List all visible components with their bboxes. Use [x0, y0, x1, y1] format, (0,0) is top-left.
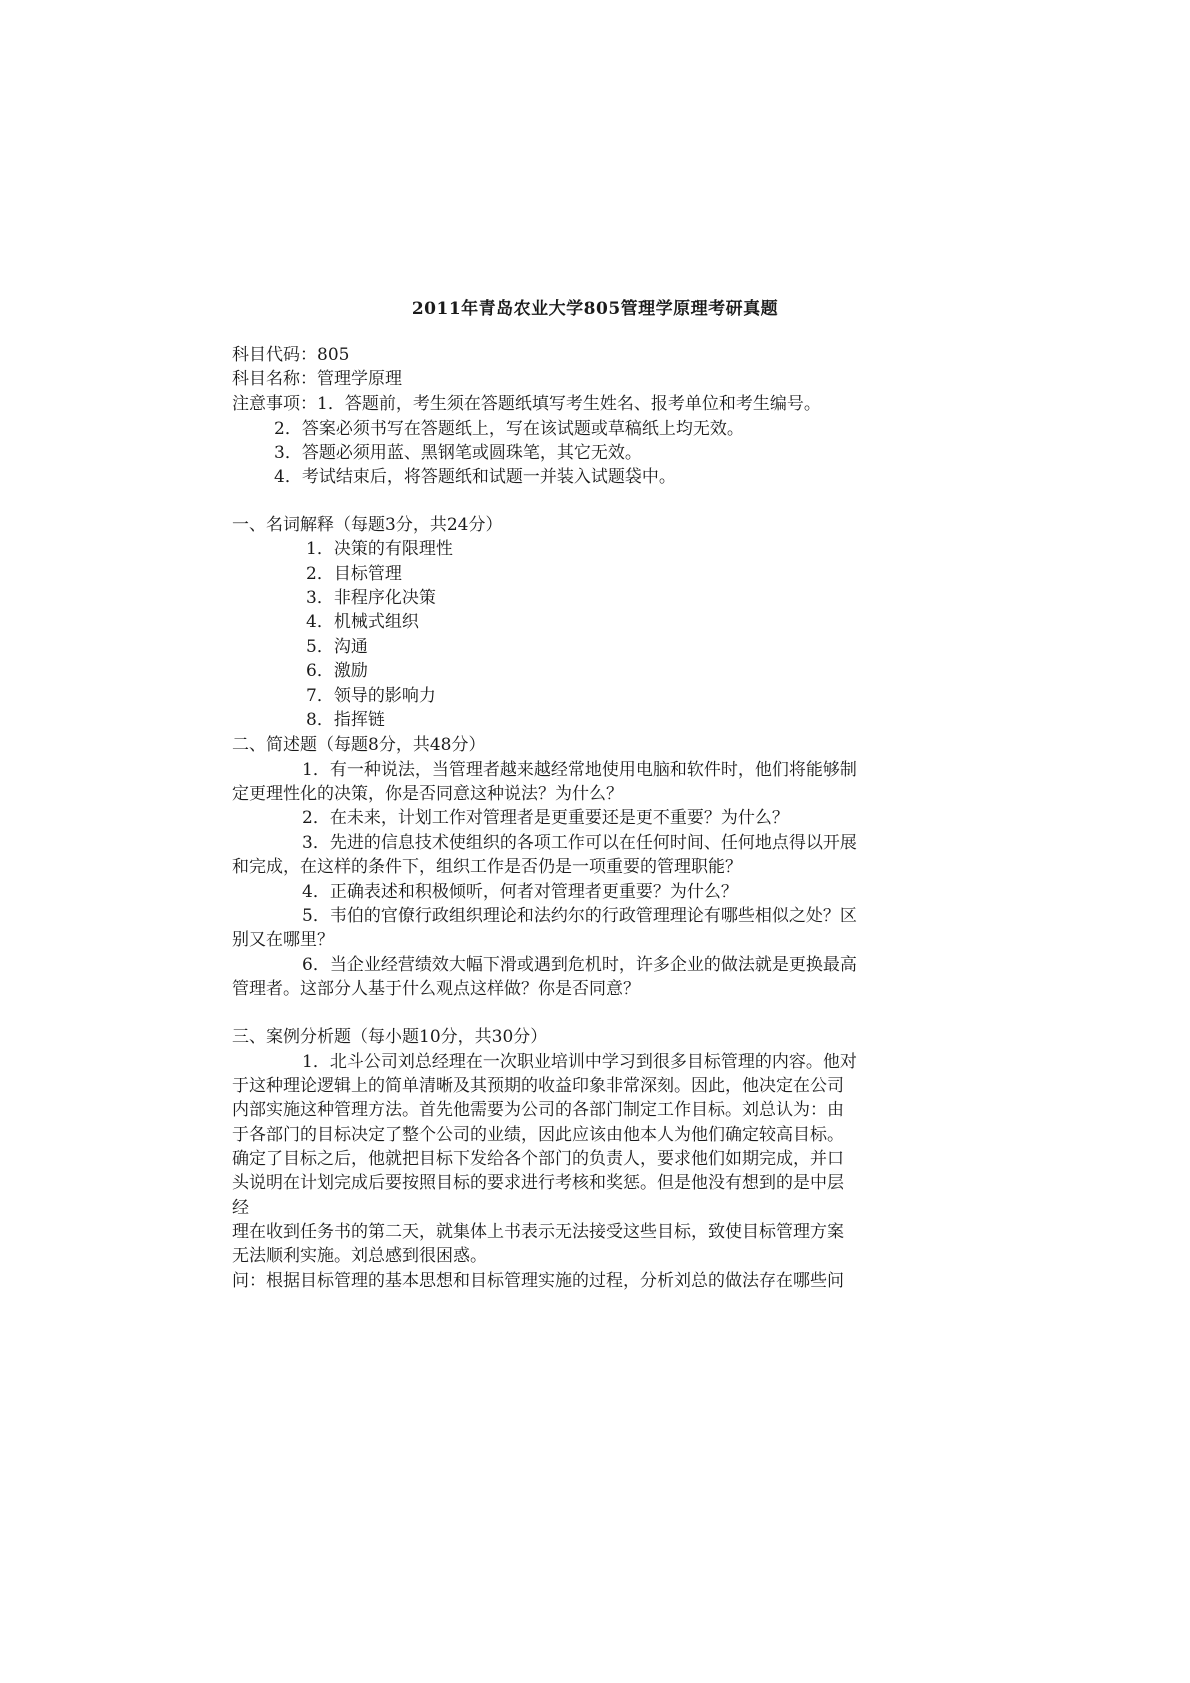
case-question-line: 问：根据目标管理的基本思想和目标管理实施的过程，分析刘总的做法存在哪些问 — [232, 1269, 844, 1294]
section-heading-terms: 一、名词解释（每题3分，共24分） — [232, 513, 502, 538]
note-item: 3．答题必须用蓝、黑钢笔或圆珠笔，其它无效。 — [274, 441, 642, 466]
term-item: 2．目标管理 — [306, 562, 402, 587]
term-item: 5．沟通 — [306, 635, 368, 660]
case-line: 确定了目标之后，他就把目标下发给各个部门的负责人，要求他们如期完成，并口 — [232, 1147, 844, 1172]
case-line: 头说明在计划完成后要按照目标的要求进行考核和奖惩。但是他没有想到的是中层 — [232, 1171, 844, 1196]
document-title: 2011年青岛农业大学805管理学原理考研真题 — [0, 294, 1190, 319]
subject-code: 科目代码：805 — [232, 343, 349, 368]
term-item: 3．非程序化决策 — [306, 586, 436, 611]
question-line: 6．当企业经营绩效大幅下滑或遇到危机时，许多企业的做法就是更换最高 — [302, 953, 857, 978]
term-item: 8．指挥链 — [306, 708, 385, 733]
question-line: 4．正确表述和积极倾听，何者对管理者更重要？为什么？ — [302, 880, 738, 905]
question-line: 3．先进的信息技术使组织的各项工作可以在任何时间、任何地点得以开展 — [302, 831, 857, 856]
case-line: 1．北斗公司刘总经理在一次职业培训中学习到很多目标管理的内容。他对 — [302, 1050, 857, 1075]
case-line: 于各部门的目标决定了整个公司的业绩，因此应该由他本人为他们确定较高目标。 — [232, 1123, 844, 1148]
notes-first-line: 注意事项：1．答题前，考生须在答题纸填写考生姓名、报考单位和考生编号。 — [232, 392, 821, 417]
section-heading-short-answer: 二、简述题（每题8分，共48分） — [232, 733, 485, 758]
term-item: 7．领导的影响力 — [306, 684, 436, 709]
case-line: 内部实施这种管理方法。首先他需要为公司的各部门制定工作目标。刘总认为：由 — [232, 1098, 844, 1123]
question-line: 2．在未来，计划工作对管理者是更重要还是更不重要？为什么？ — [302, 806, 789, 831]
term-item: 6．激励 — [306, 659, 368, 684]
question-line: 管理者。这部分人基于什么观点这样做？你是否同意？ — [232, 977, 640, 1002]
case-line: 理在收到任务书的第二天，就集体上书表示无法接受这些目标，致使目标管理方案 — [232, 1220, 844, 1245]
term-item: 4．机械式组织 — [306, 610, 419, 635]
case-line: 无法顺利实施。刘总感到很困惑。 — [232, 1244, 487, 1269]
question-line: 和完成，在这样的条件下，组织工作是否仍是一项重要的管理职能？ — [232, 855, 742, 880]
exam-page: 2011年青岛农业大学805管理学原理考研真题 科目代码：805 科目名称：管理… — [0, 0, 1190, 1683]
question-line: 5．韦伯的官僚行政组织理论和法约尔的行政管理理论有哪些相似之处？区 — [302, 904, 857, 929]
case-line: 经 — [232, 1196, 249, 1221]
section-heading-case-analysis: 三、案例分析题（每小题10分，共30分） — [232, 1025, 547, 1050]
subject-name: 科目名称：管理学原理 — [232, 367, 402, 392]
case-line: 于这种理论逻辑上的简单清晰及其预期的收益印象非常深刻。因此，他决定在公司 — [232, 1074, 844, 1099]
question-line: 别又在哪里？ — [232, 928, 334, 953]
question-line: 1．有一种说法，当管理者越来越经常地使用电脑和软件时，他们将能够制 — [302, 758, 857, 783]
note-item: 2．答案必须书写在答题纸上，写在该试题或草稿纸上均无效。 — [274, 417, 744, 442]
note-item: 4．考试结束后，将答题纸和试题一并装入试题袋中。 — [274, 465, 676, 490]
question-line: 定更理性化的决策，你是否同意这种说法？为什么？ — [232, 782, 623, 807]
term-item: 1．决策的有限理性 — [306, 537, 453, 562]
